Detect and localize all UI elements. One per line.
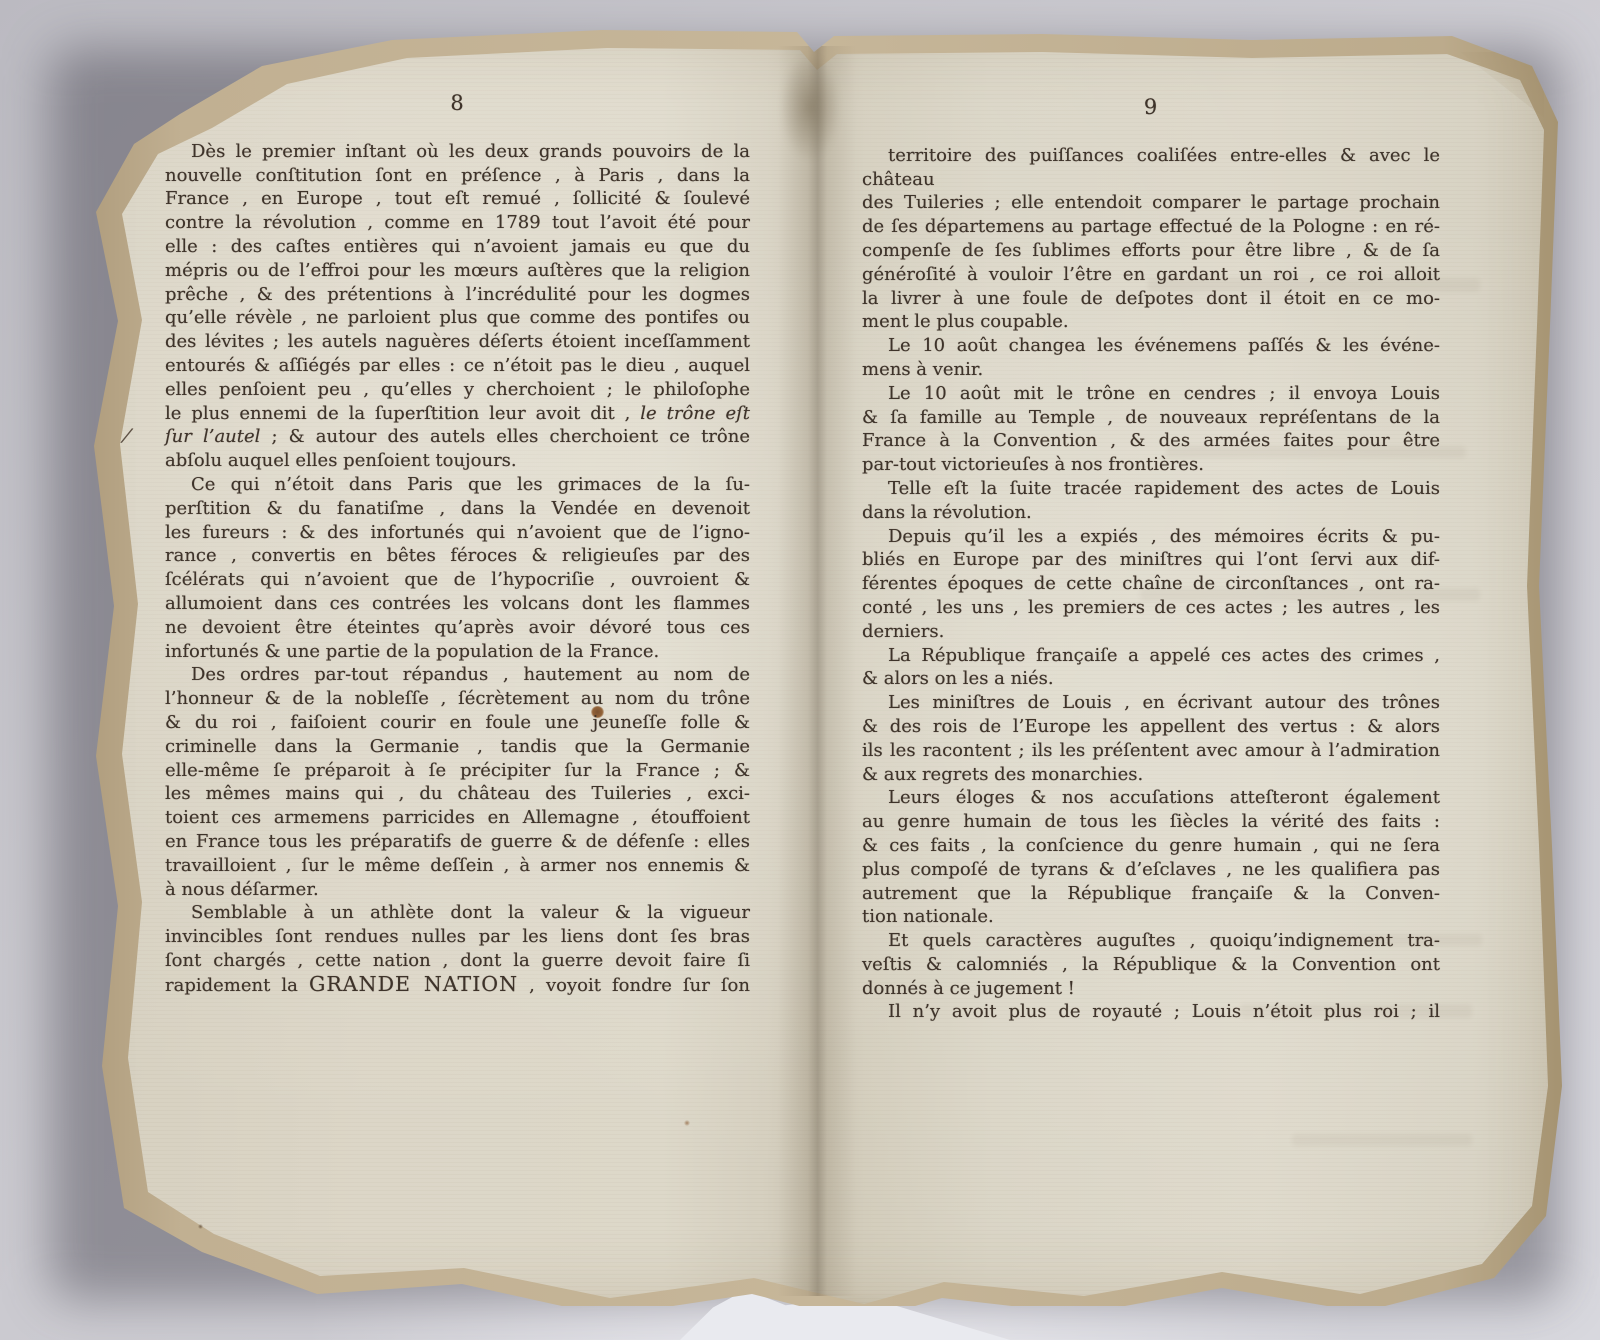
- paragraph: territoire des puiſſances coaliſées entr…: [862, 144, 1440, 334]
- text-line: derniers.: [862, 620, 1440, 644]
- text-segment: Leurs éloges & nos accuſations atteſtero…: [888, 787, 1440, 808]
- text-line: & ſa famille au Temple , de nouveaux rep…: [862, 406, 1440, 430]
- text-segment: mens à venir.: [862, 359, 983, 380]
- text-line: invincibles ſont rendues nulles par les …: [165, 925, 750, 949]
- paragraph: Et quels caractères auguſtes , quoiqu’in…: [862, 929, 1440, 1000]
- text-segment: allumoient dans ces contrées les volcans…: [165, 593, 750, 614]
- text-segment: ne devoient être éteintes qu’après avoir…: [165, 617, 750, 638]
- paragraph: Ce qui n’étoit dans Paris que les grimac…: [165, 473, 750, 663]
- text-line: toient ces armemens parricides en Allema…: [165, 806, 750, 830]
- text-segment: elle-même ſe préparoit à ſe précipiter ſ…: [165, 760, 750, 781]
- text-segment: des Tuileries ; elle entendoit comparer …: [862, 192, 1440, 213]
- text-line: Dès le premier inſtant où les deux grand…: [165, 140, 750, 164]
- page-8-body: Dès le premier inſtant où les deux grand…: [165, 140, 750, 998]
- text-line: Ce qui n’étoit dans Paris que les grimac…: [165, 473, 750, 497]
- text-line: Le 10 août changea les événemens paſſés …: [862, 334, 1440, 358]
- paragraph: Dès le premier inſtant où les deux grand…: [165, 140, 750, 473]
- text-segment: plus compoſé de tyrans & d’eſclaves , ne…: [862, 859, 1440, 880]
- text-segment: à nous déſarmer.: [165, 879, 319, 900]
- text-line: Et quels caractères auguſtes , quoiqu’in…: [862, 929, 1440, 953]
- paragraph: Il n’y avoit plus de royauté ; Louis n’é…: [862, 1000, 1440, 1024]
- text-segment: férentes époques de cette chaîne de circ…: [862, 573, 1440, 594]
- text-line: en France tous les préparatifs de guerre…: [165, 830, 750, 854]
- text-segment: ment le plus coupable.: [862, 311, 1069, 332]
- paragraph: Le 10 août changea les événemens paſſés …: [862, 334, 1440, 382]
- text-segment: perſtition & du fanatiſme , dans la Vend…: [165, 498, 750, 519]
- italic-text: le trône eſt: [640, 403, 750, 424]
- text-line: perſtition & du fanatiſme , dans la Vend…: [165, 497, 750, 521]
- text-segment: Ce qui n’étoit dans Paris que les grimac…: [191, 474, 750, 495]
- text-line: ſur l’autel ; & autour des autels elles …: [165, 425, 750, 449]
- text-line: nouvelle conſtitution ſont en préſence ,…: [165, 164, 750, 188]
- text-line: & ces faits , la conſcience du genre hum…: [862, 834, 1440, 858]
- text-line: & aux regrets des monarchies.: [862, 763, 1440, 787]
- foxing-stain: [684, 1120, 690, 1126]
- text-line: criminelle dans la Germanie , tandis que…: [165, 735, 750, 759]
- text-segment: l’honneur & de la nobleſſe , ſécrètement…: [165, 688, 750, 709]
- text-segment: elles penſoient peu , qu’elles y chercho…: [165, 379, 750, 400]
- text-line: Des ordres par-tout répandus , hautement…: [165, 663, 750, 687]
- text-line: contre la révolution , comme en 1789 tou…: [165, 211, 750, 235]
- page-8: 8 Dès le premier inſtant où les deux gra…: [165, 92, 750, 997]
- text-segment: le plus ennemi de la ſuperſtition leur a…: [165, 403, 640, 424]
- text-segment: Et quels caractères auguſtes , quoiqu’in…: [888, 930, 1440, 951]
- text-segment: Des ordres par-tout répandus , hautement…: [191, 664, 750, 685]
- text-line: Le 10 août mit le trône en cendres ; il …: [862, 382, 1440, 406]
- text-segment: nouvelle conſtitution ſont en préſence ,…: [165, 165, 750, 186]
- paragraph: Le 10 août mit le trône en cendres ; il …: [862, 382, 1440, 477]
- text-line: prêche , & des prétentions à l’incréduli…: [165, 283, 750, 307]
- paragraph: Les miniſtres de Louis , en écrivant aut…: [862, 691, 1440, 786]
- text-segment: & du roi , faiſoient courir en foule une…: [165, 712, 750, 733]
- text-line: mépris ou de l’effroi pour les mœurs auſ…: [165, 259, 750, 283]
- text-line: la livrer à une foule de deſpotes dont i…: [862, 287, 1440, 311]
- text-segment: autrement que la République françaiſe & …: [862, 883, 1440, 904]
- text-line: ne devoient être éteintes qu’après avoir…: [165, 616, 750, 640]
- text-line: La République françaiſe a appelé ces act…: [862, 644, 1440, 668]
- text-line: abſolu auquel elles penſoient toujours.: [165, 449, 750, 473]
- text-segment: invincibles ſont rendues nulles par les …: [165, 926, 750, 947]
- text-line: ſont chargés , cette nation , dont la gu…: [165, 949, 750, 973]
- text-segment: mépris ou de l’effroi pour les mœurs auſ…: [165, 260, 750, 281]
- text-line: & des rois de l’Europe les appellent des…: [862, 715, 1440, 739]
- text-line: férentes époques de cette chaîne de circ…: [862, 572, 1440, 596]
- text-line: ment le plus coupable.: [862, 310, 1440, 334]
- text-segment: Le 10 août changea les événemens paſſés …: [888, 335, 1440, 356]
- text-line: territoire des puiſſances coaliſées entr…: [862, 144, 1440, 192]
- text-line: les fureurs : & des infortunés qui n’avo…: [165, 521, 750, 545]
- foxing-stain: [198, 1224, 203, 1229]
- text-line: & du roi , faiſoient courir en foule une…: [165, 711, 750, 735]
- text-segment: les fureurs : & des infortunés qui n’avo…: [165, 522, 750, 543]
- text-line: elles penſoient peu , qu’elles y chercho…: [165, 378, 750, 402]
- text-line: rapidement la GRANDE NATION , voyoit fon…: [165, 973, 750, 998]
- text-segment: elle : des caſtes entières qui n’avoient…: [165, 236, 750, 257]
- text-segment: Les miniſtres de Louis , en écrivant aut…: [888, 692, 1440, 713]
- text-segment: rapidement la: [165, 975, 309, 996]
- text-segment: territoire des puiſſances coaliſées entr…: [862, 145, 1440, 190]
- text-segment: & ces faits , la conſcience du genre hum…: [862, 835, 1440, 856]
- text-segment: entourés & aſſiégés par elles : ce n’éto…: [165, 355, 750, 376]
- text-line: infortunés & une partie de la population…: [165, 640, 750, 664]
- text-segment: infortunés & une partie de la population…: [165, 641, 659, 662]
- text-segment: veſtis & calomniés , la République & la …: [862, 954, 1440, 975]
- text-segment: Dès le premier inſtant où les deux grand…: [191, 141, 750, 162]
- text-segment: toient ces armemens parricides en Allema…: [165, 807, 750, 828]
- text-line: allumoient dans ces contrées les volcans…: [165, 592, 750, 616]
- text-segment: contre la révolution , comme en 1789 tou…: [165, 212, 750, 233]
- paragraph: Depuis qu’il les a expiés , des mémoires…: [862, 525, 1440, 644]
- text-line: plus compoſé de tyrans & d’eſclaves , ne…: [862, 858, 1440, 882]
- text-segment: France à la Convention , & des armées fa…: [862, 430, 1440, 451]
- paragraph: Des ordres par-tout répandus , hautement…: [165, 663, 750, 901]
- page-9-body: territoire des puiſſances coaliſées entr…: [862, 144, 1440, 1024]
- page-number-left: 8: [165, 92, 750, 116]
- text-segment: la livrer à une foule de deſpotes dont i…: [862, 288, 1440, 309]
- text-line: donnés à ce jugement !: [862, 977, 1440, 1001]
- text-line: Il n’y avoit plus de royauté ; Louis n’é…: [862, 1000, 1440, 1024]
- gutter-shadow: [778, 46, 856, 1296]
- text-segment: bliés en Europe par des miniſtres qui l’…: [862, 549, 1440, 570]
- text-segment: rance , convertis en bêtes féroces & rel…: [165, 545, 750, 566]
- text-segment: compenſe de ſes ſublimes efforts pour êt…: [862, 240, 1440, 261]
- text-segment: ils les racontent ; ils les préſentent a…: [862, 740, 1440, 761]
- text-segment: Depuis qu’il les a expiés , des mémoires…: [888, 526, 1440, 547]
- text-line: France à la Convention , & des armées fa…: [862, 429, 1440, 453]
- page-number-right: 9: [862, 96, 1440, 120]
- text-line: à nous déſarmer.: [165, 878, 750, 902]
- text-line: des Tuileries ; elle entendoit comparer …: [862, 191, 1440, 215]
- text-line: par-tout victorieuſes à nos frontières.: [862, 453, 1440, 477]
- text-line: qu’elle révèle , ne parloient plus que c…: [165, 306, 750, 330]
- caps-text: GRANDE NATION: [309, 972, 518, 996]
- text-segment: tion nationale.: [862, 906, 994, 927]
- text-line: dans la révolution.: [862, 501, 1440, 525]
- text-segment: en France tous les préparatifs de guerre…: [165, 831, 750, 852]
- text-segment: les mêmes mains qui , du château des Tui…: [165, 783, 750, 804]
- text-line: généroſité à vouloir l’être en gardant u…: [862, 263, 1440, 287]
- text-segment: & aux regrets des monarchies.: [862, 764, 1143, 785]
- text-segment: qu’elle révèle , ne parloient plus que c…: [165, 307, 750, 328]
- text-line: ſcélérats qui n’avoient que de l’hypocri…: [165, 568, 750, 592]
- italic-text: ſur l’autel: [165, 426, 260, 447]
- text-segment: par-tout victorieuſes à nos frontières.: [862, 454, 1204, 475]
- text-segment: de ſes départemens au partage effectué d…: [862, 216, 1440, 237]
- text-line: tion nationale.: [862, 905, 1440, 929]
- gutter-top-notch: [768, 32, 852, 182]
- text-line: Telle eſt la ſuite tracée rapidement des…: [862, 477, 1440, 501]
- text-segment: Le 10 août mit le trône en cendres ; il …: [888, 383, 1440, 404]
- text-segment: dans la révolution.: [862, 502, 1032, 523]
- text-segment: ; & autour des autels elles cherchoient …: [260, 426, 750, 447]
- paragraph: La République françaiſe a appelé ces act…: [862, 644, 1440, 692]
- text-segment: & des rois de l’Europe les appellent des…: [862, 716, 1440, 737]
- text-line: l’honneur & de la nobleſſe , ſécrètement…: [165, 687, 750, 711]
- text-line: le plus ennemi de la ſuperſtition leur a…: [165, 402, 750, 426]
- text-line: elle-même ſe préparoit à ſe précipiter ſ…: [165, 759, 750, 783]
- text-segment: criminelle dans la Germanie , tandis que…: [165, 736, 750, 757]
- text-line: & alors on les a niés.: [862, 667, 1440, 691]
- text-segment: conté , les uns , les premiers de ces ac…: [862, 597, 1440, 618]
- text-segment: généroſité à vouloir l’être en gardant u…: [862, 264, 1440, 285]
- text-segment: , voyoit fondre ſur ſon: [518, 975, 750, 996]
- text-line: travailloient , ſur le même deſſein , à …: [165, 854, 750, 878]
- text-segment: donnés à ce jugement !: [862, 978, 1075, 999]
- text-line: France , en Europe , tout eſt remué , ſo…: [165, 187, 750, 211]
- text-segment: & alors on les a niés.: [862, 668, 1054, 689]
- text-line: Leurs éloges & nos accuſations atteſtero…: [862, 786, 1440, 810]
- text-line: rance , convertis en bêtes féroces & rel…: [165, 544, 750, 568]
- paragraph: Semblable à un athlète dont la valeur & …: [165, 901, 750, 997]
- text-line: veſtis & calomniés , la République & la …: [862, 953, 1440, 977]
- text-segment: France , en Europe , tout eſt remué , ſo…: [165, 188, 750, 209]
- page-9: 9 territoire des puiſſances coaliſées en…: [862, 96, 1440, 1024]
- text-line: Les miniſtres de Louis , en écrivant aut…: [862, 691, 1440, 715]
- text-line: entourés & aſſiégés par elles : ce n’éto…: [165, 354, 750, 378]
- text-segment: au genre humain de tous les ſiècles la v…: [862, 811, 1440, 832]
- photo-of-open-book: { "document": { "type": "antique printed…: [0, 0, 1600, 1340]
- text-segment: derniers.: [862, 621, 944, 642]
- text-segment: Semblable à un athlète dont la valeur & …: [191, 902, 750, 923]
- text-segment: La République françaiſe a appelé ces act…: [888, 645, 1440, 666]
- text-segment: travailloient , ſur le même deſſein , à …: [165, 855, 750, 876]
- text-segment: prêche , & des prétentions à l’incréduli…: [165, 284, 750, 305]
- text-line: Depuis qu’il les a expiés , des mémoires…: [862, 525, 1440, 549]
- text-line: bliés en Europe par des miniſtres qui l’…: [862, 548, 1440, 572]
- paragraph: Telle eſt la ſuite tracée rapidement des…: [862, 477, 1440, 525]
- text-segment: Telle eſt la ſuite tracée rapidement des…: [888, 478, 1440, 499]
- text-line: au genre humain de tous les ſiècles la v…: [862, 810, 1440, 834]
- text-line: mens à venir.: [862, 358, 1440, 382]
- text-segment: ſcélérats qui n’avoient que de l’hypocri…: [165, 569, 750, 590]
- text-segment: abſolu auquel elles penſoient toujours.: [165, 450, 517, 471]
- text-line: compenſe de ſes ſublimes efforts pour êt…: [862, 239, 1440, 263]
- text-line: elle : des caſtes entières qui n’avoient…: [165, 235, 750, 259]
- paragraph: Leurs éloges & nos accuſations atteſtero…: [862, 786, 1440, 929]
- text-line: les mêmes mains qui , du château des Tui…: [165, 782, 750, 806]
- book-spread: / 8 Dès le premier inſtant où les deux g…: [62, 26, 1562, 1306]
- text-segment: Il n’y avoit plus de royauté ; Louis n’é…: [888, 1001, 1440, 1022]
- text-line: ils les racontent ; ils les préſentent a…: [862, 739, 1440, 763]
- text-segment: des lévites ; les autels naguères déſert…: [165, 331, 750, 352]
- text-segment: ſont chargés , cette nation , dont la gu…: [165, 950, 750, 971]
- text-line: Semblable à un athlète dont la valeur & …: [165, 901, 750, 925]
- text-line: conté , les uns , les premiers de ces ac…: [862, 596, 1440, 620]
- text-segment: & ſa famille au Temple , de nouveaux rep…: [862, 407, 1440, 428]
- text-line: de ſes départemens au partage effectué d…: [862, 215, 1440, 239]
- text-line: des lévites ; les autels naguères déſert…: [165, 330, 750, 354]
- text-line: autrement que la République françaiſe & …: [862, 882, 1440, 906]
